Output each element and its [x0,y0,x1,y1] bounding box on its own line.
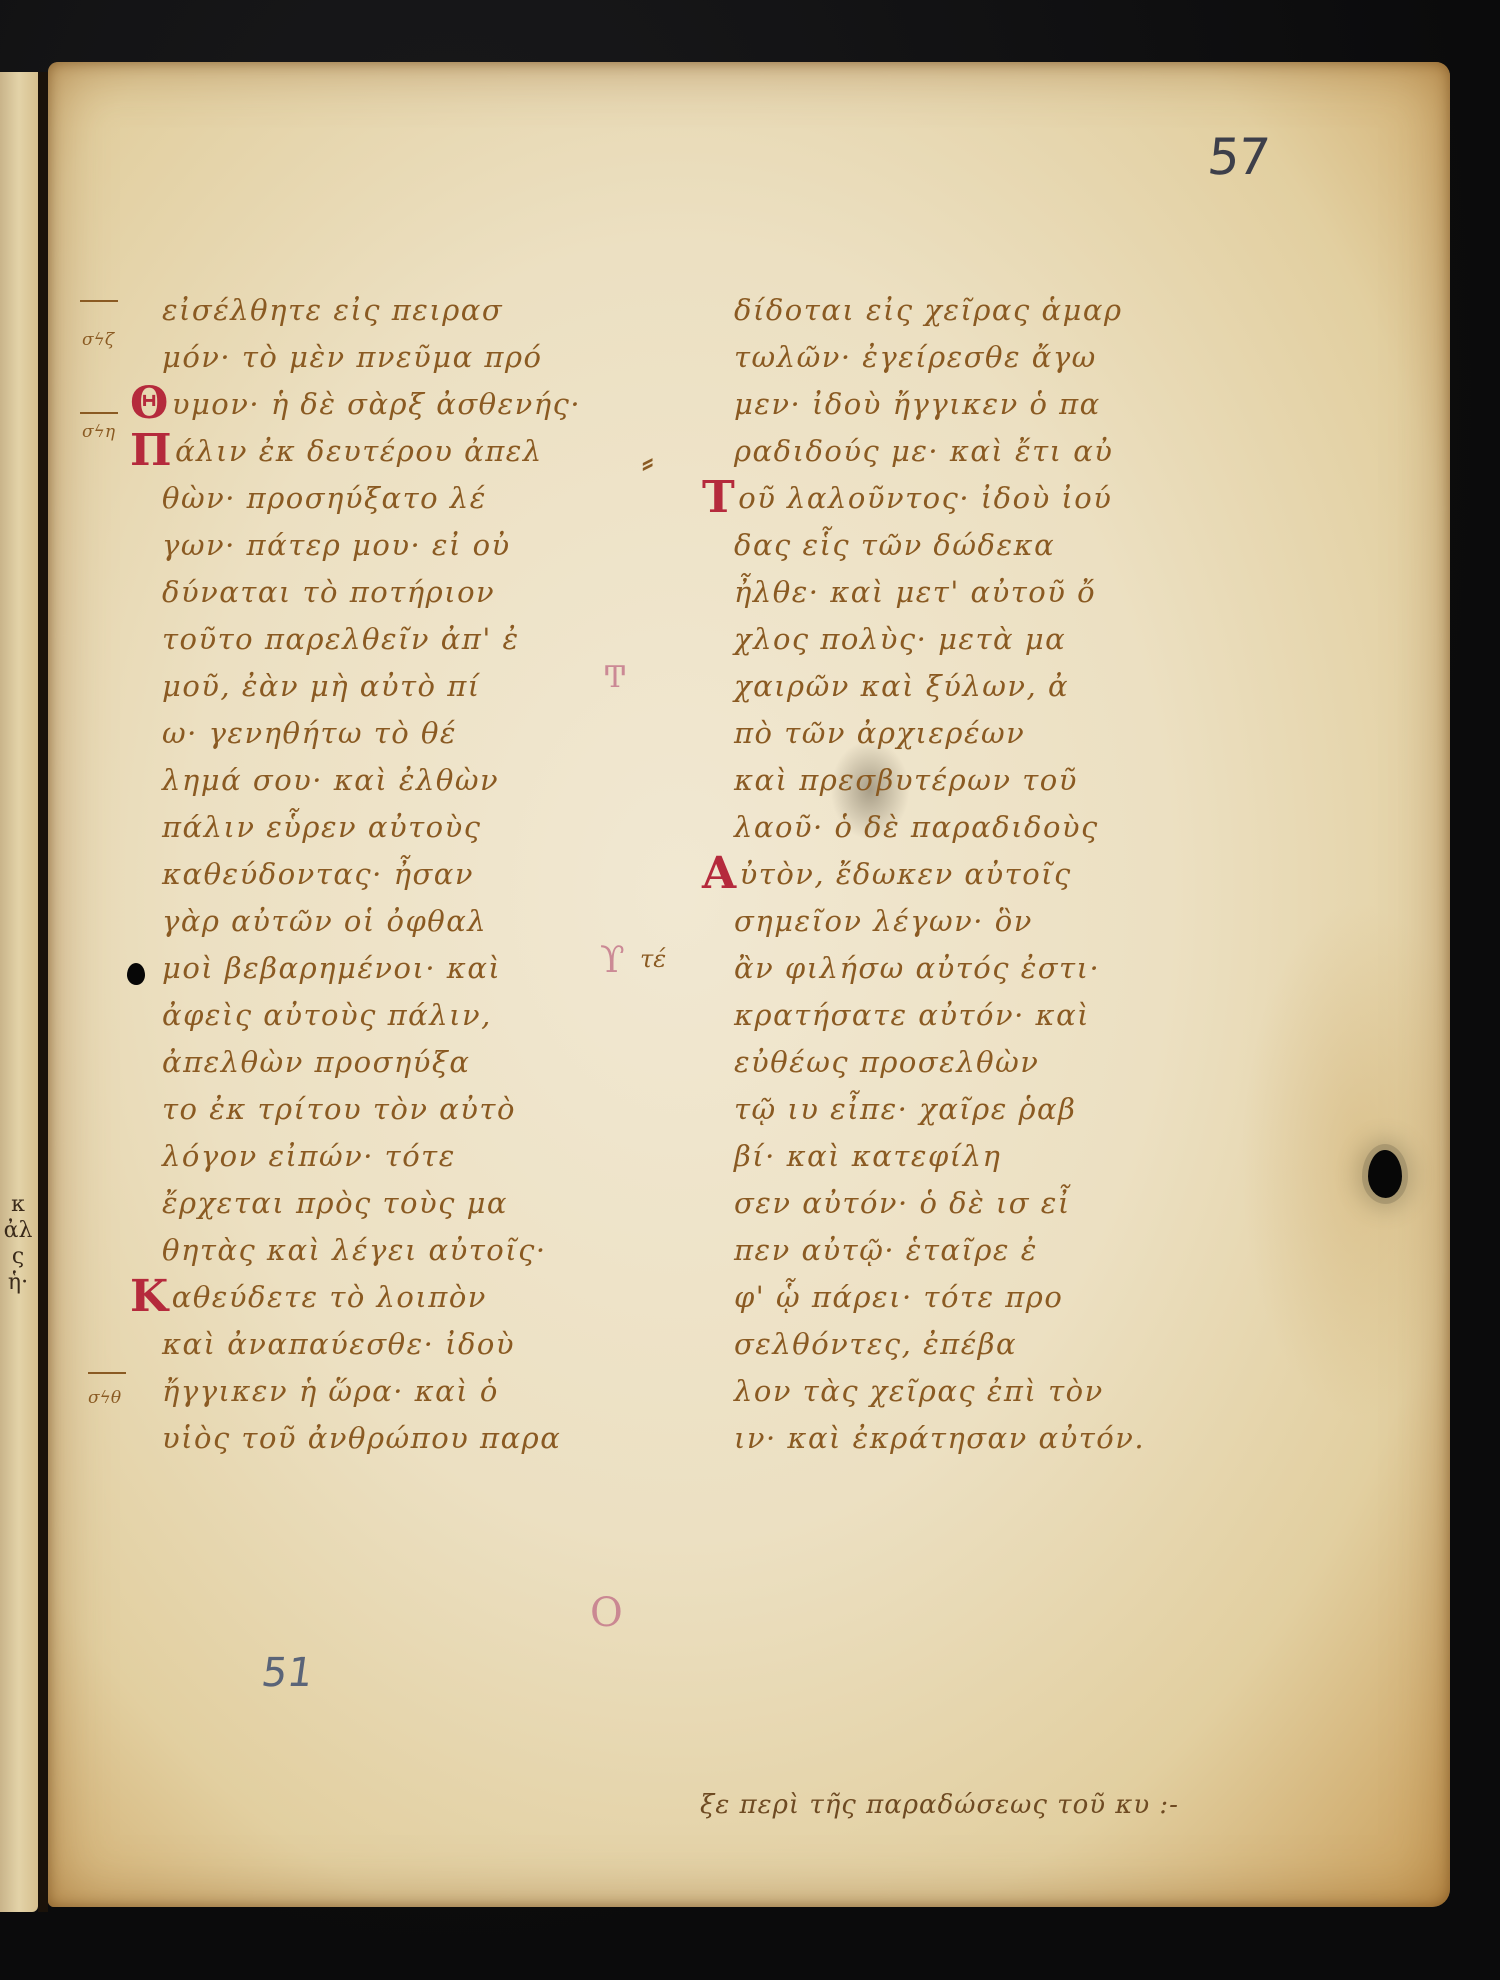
text-line: καὶ ἀναπαύεσθε· ἰδοὺ [160,1316,630,1363]
text-line: δύναται τὸ ποτήριον [160,564,630,611]
text-line: υἱὸς τοῦ ἀνθρώπου παρα [160,1410,630,1457]
rubric-initial: Θ [130,378,170,429]
text-line: Τοῦ λαλοῦντος· ἰδοὺ ἰού [702,470,1232,517]
text-line: δας εἷς τῶν δώδεκα [732,517,1232,564]
text-line: λον τὰς χεῖρας ἐπὶ τὸν [732,1363,1232,1410]
text-line: θὼν· προσηύξατο λέ [160,470,630,517]
text-line: ιν· καὶ ἐκράτησαν αὐτόν. [732,1410,1232,1457]
chapter-title-footer: ξε περὶ τῆς παραδώσεως τοῦ κυ :- [700,1790,1179,1820]
text-line: μοῦ, ἐὰν μὴ αὐτὸ πί [160,658,630,705]
prev-note-2: ἀλ [0,1218,36,1244]
folio-number-bottom: 51 [259,1650,316,1696]
text-line: ω· γενηθήτω τὸ θέ [160,705,630,752]
margin-abbrev: τέ [640,945,666,973]
text-line: φ' ᾧ πάρει· τότε προ [732,1269,1232,1316]
text-line: Καθεύδετε τὸ λοιπὸν [130,1269,630,1316]
text-line: τωλῶν· ἐγείρεσθε ἄγω [732,329,1232,376]
text-line: λόγον εἰπών· τότε [160,1128,630,1175]
text-line: μόν· τὸ μὲν πνεῦμα πρό [160,329,630,376]
text-line: καθεύδοντας· ἦσαν [160,846,630,893]
margin-symbol: ⸗ [642,442,653,482]
text-line: ἦλθε· καὶ μετ' αὐτοῦ ὄ [732,564,1232,611]
text-line: Πάλιν ἐκ δευτέρου ἀπελ [130,423,630,470]
binding-gutter [38,72,48,1912]
text-line: τοῦτο παρελθεῖν ἀπ' ἐ [160,611,630,658]
text-line: θητὰς καὶ λέγει αὐτοῖς· [160,1222,630,1269]
previous-leaf-edge: κ ἀλ ς ἡ· [0,72,38,1912]
text-line: χαιρῶν καὶ ξύλων, ἀ [732,658,1232,705]
margin-section-number: σϟθ [88,1388,121,1408]
rubric-initial: Α [702,848,738,899]
text-line: κρατήσατε αὐτόν· καὶ [732,987,1232,1034]
text-line: Θυμον· ἡ δὲ σὰρξ ἀσθενής· [130,376,630,423]
rubric-initial: Π [130,425,173,476]
text-line: μοὶ βεβαρημένοι· καὶ [160,940,630,987]
text-line: πάλιν εὗρεν αὐτοὺς [160,799,630,846]
text-line: πὸ τῶν ἀρχιερέων [732,705,1232,752]
text-line: ἀφεὶς αὐτοὺς πάλιν, [160,987,630,1034]
margin-section-number: σϟζ [82,330,114,350]
text-line: σεν αὐτόν· ὁ δὲ ισ εἶ [732,1175,1232,1222]
text-column-left: εἰσέλθητε εἰς πειρασ μόν· τὸ μὲν πνεῦμα … [160,282,630,1457]
previous-leaf-marginalia: κ ἀλ ς ἡ· [0,1192,36,1296]
text-line: το ἐκ τρίτου τὸν αὐτὸ [160,1081,630,1128]
text-line: χλος πολὺς· μετὰ μα [732,611,1232,658]
margin-section-number: σϟη [82,422,115,442]
text-line: καὶ πρεσβυτέρων τοῦ [732,752,1232,799]
margin-rule [80,412,118,414]
text-line: ἤγγικεν ἡ ὥρα· καὶ ὁ [160,1363,630,1410]
text-line: σελθόντες, ἐπέβα [732,1316,1232,1363]
text-line: λημά σου· καὶ ἐλθὼν [160,752,630,799]
rubric-initial: Κ [130,1271,170,1322]
text-line: ραδιδούς με· καὶ ἔτι αὐ [732,423,1232,470]
text-line: δίδοται εἰς χεῖρας ἁμαρ [732,282,1232,329]
text-line: γὰρ αὐτῶν οἱ ὀφθαλ [160,893,630,940]
parchment-hole-left [127,963,145,985]
text-line: σημεῖον λέγων· ὃν [732,893,1232,940]
margin-rule [88,1372,126,1374]
text-line: εἰσέλθητε εἰς πειρασ [160,282,630,329]
rubric-initial: Τ [702,472,736,523]
text-line: λαοῦ· ὁ δὲ παραδιδοὺς [732,799,1232,846]
text-line: μεν· ἰδοὺ ἤγγικεν ὁ πα [732,376,1232,423]
prev-note-3: ς [0,1244,36,1270]
water-stain [1240,900,1440,1420]
red-lection-mark: Ο [590,1590,623,1636]
text-line: πεν αὐτῷ· ἑταῖρε ἐ [732,1222,1232,1269]
text-line: ἔρχεται πρὸς τοὺς μα [160,1175,630,1222]
text-line: ἀπελθὼν προσηύξα [160,1034,630,1081]
text-line: ἂν φιλήσω αὐτός ἐστι· [732,940,1232,987]
text-line: βί· καὶ κατεφίλη [732,1128,1232,1175]
text-line: γων· πάτερ μου· εἰ οὐ [160,517,630,564]
text-line: Αὐτὸν, ἔδωκεν αὐτοῖς [702,846,1232,893]
folio-number-top: 57 [1205,128,1271,186]
parchment-hole-right [1368,1150,1402,1198]
text-column-right: δίδοται εἰς χεῖρας ἁμαρ τωλῶν· ἐγείρεσθε… [732,282,1232,1457]
text-line: εὐθέως προσελθὼν [732,1034,1232,1081]
prev-note-4: ἡ· [0,1270,36,1296]
text-line: τῷ ιυ εἶπε· χαῖρε ῥαβ [732,1081,1232,1128]
prev-note-1: κ [0,1192,36,1218]
margin-rule [80,300,118,302]
